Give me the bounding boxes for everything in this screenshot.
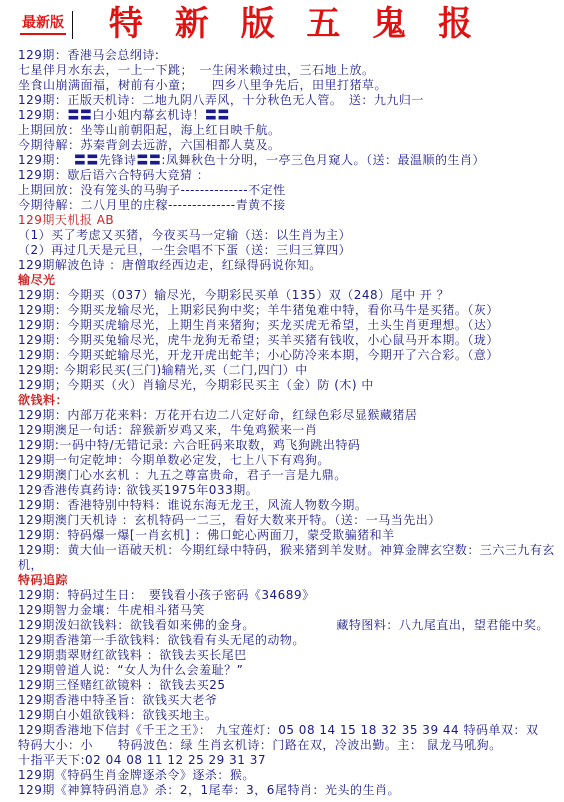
text-line: 129期；今期买（火）肖输尽光，今期彩民买主（金）防 (木) 中 [18, 378, 558, 393]
text-line: 十指平天下:02 04 08 11 12 25 29 31 37 [18, 753, 558, 768]
text-line: 129期：今期买（037）输尽光，今期彩民买单（135）双（248）尾中 开 ？ [18, 288, 558, 303]
text-line: 129期澳门心水玄机 ：九五之尊富贵命，君子一言是九鼎。 [18, 468, 558, 483]
text-line: 129期澳门天机诗 ：玄机特码一二三，看好大数来开特。（送：一马当先出） [18, 513, 558, 528]
text-line: 129期：黄大仙一语破天机：今期红绿中特码，猴来猪到羊发财。神算金牌玄空数：三六… [18, 543, 558, 573]
text-line: 129期：特码爆一爆[一肖玄机] ：佛口蛇心两面刀，蒙受欺骗猪和羊 [18, 528, 558, 543]
text-line: 129期《神算特码消息》杀：2，1尾奉：3，6尾特肖：光头的生肖。 [18, 783, 558, 798]
text-line: 今期待解：苏秦背剑去远游，六国相都人莫及。 [18, 138, 558, 153]
text-line: 欲钱料： [18, 393, 558, 408]
five-ghost-report-page: 最新版 特 新 版 五 鬼 报 129期：香港马会总纲诗:七星伴月水东去，一上一… [0, 0, 564, 802]
text-line: 129期曾道人说：“女人为什么会羞耻？” [18, 663, 558, 678]
text-line: 129香港传真药诗: 欲钱买1975年033期。 [18, 483, 558, 498]
text-line: 129期:一码中特/无错记录: 六合旺码来取数，鸡飞狗跳出特码 [18, 438, 558, 453]
badge-wrap: 最新版 [20, 11, 73, 39]
text-line: 129期解波色诗 ：唐僧取经西边走，红绿得码说你知。 [18, 258, 558, 273]
lines: 129期：香港马会总纲诗:七星伴月水东去，一上一下跳； 一生闲米赖过虫，三石地上… [18, 48, 558, 798]
text-line: 129期香港中特圣旨：欲钱买大老爷 [18, 693, 558, 708]
text-line: 输尽光 [18, 273, 558, 288]
text-line: 129期：歇后语六合特码大竞猜 ： [18, 168, 558, 183]
text-line: 129期：今期买龙输尽光，上期彩民狗中奖；羊牛猪兔难中特，看你马牛是买猪。（灰） [18, 303, 558, 318]
text-line: 129期香港第一手欲钱料：欲钱看有头无尾的动物。 [18, 633, 558, 648]
latest-edition-badge: 最新版 [20, 15, 66, 35]
text-line: 129期：〓〓白小姐内幕玄机诗！〓〓 [18, 108, 558, 123]
text-line: 129期：今期买虎输尽光，上期生肖来猪狗；买龙买虎无希望，土头生肖更理想。（达） [18, 318, 558, 333]
text-line: 特码追踪 [18, 573, 558, 588]
text-line: 129期香港地下信封《千王之王》： 九宝莲灯：05 08 14 15 18 32… [18, 723, 558, 738]
text-line: 129期：正版天机诗：二地九阴八弄风，十分秋色无人管。 送：九九归一 [18, 93, 558, 108]
text-line: 上期回放：坐等山前朝阳起，海上红日映千航。 [18, 123, 558, 138]
text-line: 129期一句定乾坤：今期单数必定发，七上八下有鸡狗。 [18, 453, 558, 468]
text-line: 坐食山崩满面福，树前有小童； 四乡八里争先后，田里打猪草。 [18, 78, 558, 93]
text-line: 129期: 今期彩民买(三门)输精光,买（二门,四门）中 [18, 363, 558, 378]
text-line: 特码大小：小 特码波色：绿 生肖玄机诗：门路在双，冷波出勤。主： 鼠龙马吼狗。 [18, 738, 558, 753]
text-line: 上期回放：没有笼头的马驹子--------------不定性 [18, 183, 558, 198]
masthead: 最新版 特 新 版 五 鬼 报 [18, 4, 558, 46]
text-line: 七星伴月水东去，一上一下跳； 一生闲米赖过虫，三石地上放。 [18, 63, 558, 78]
page-title: 特 新 版 五 鬼 报 [73, 7, 518, 43]
text-line: 129期：香港马会总纲诗: [18, 48, 558, 63]
text-line: 129期：特码过生日： 要钱看小孩子密码《34689》 [18, 588, 558, 603]
text-line: 129期：今期买兔输尽光，虎牛龙狗无希望；买羊买猪有钱收，小心鼠马开本期。（珑） [18, 333, 558, 348]
text-line: 129期：今期买蛇输尽光，开龙开虎出蛇羊；小心防冷来本期，今期开了六合彩。（意） [18, 348, 558, 363]
text-line: 129期：香港特别中特料：谁说东海无龙王，风流人物数今期。 [18, 498, 558, 513]
text-line: 今期待解：二八月里的庄稼--------------青黄不接 [18, 198, 558, 213]
text-line: 129期智力金壤：牛虎相斗猪马笑 [18, 603, 558, 618]
text-line: 129期： 〓〓先锋诗〓〓:凤舞秋色十分明，一亭三色月窥人。（送：最温顺的生肖） [18, 153, 558, 168]
text-line: 129期天机报 AB [18, 213, 558, 228]
text-line: 129期白小姐欲钱料：欲钱买地主。 [18, 708, 558, 723]
text-line: 129期翡翠财红欲钱料 ：欲钱去买长尾巴 [18, 648, 558, 663]
text-line: （2）再过几天是元旦，一生会唱不下蛋（送：三归三算四） [18, 243, 558, 258]
text-line: 129期《特码生肖金牌逐杀令》逐杀：猴。 [18, 768, 558, 783]
text-line: 129期泼妇欲钱料：欲钱看如来佛的金身。 藏特图料：八九尾直出，望君能中奖。 [18, 618, 558, 633]
text-line: （1）买了考虑又买猪，今夜买马一定输（送：以生肖为主） [18, 228, 558, 243]
text-line: 129期三怪赌红欲镜料 ：欲钱去买25 [18, 678, 558, 693]
text-line: 129期澳足一句话：辞猴新岁鸡又来，牛兔鸡猴来一肖 [18, 423, 558, 438]
text-line: 129期：内部万花来料：万花开右边二八定好命，红绿色彩尽显猴藏猪居 [18, 408, 558, 423]
